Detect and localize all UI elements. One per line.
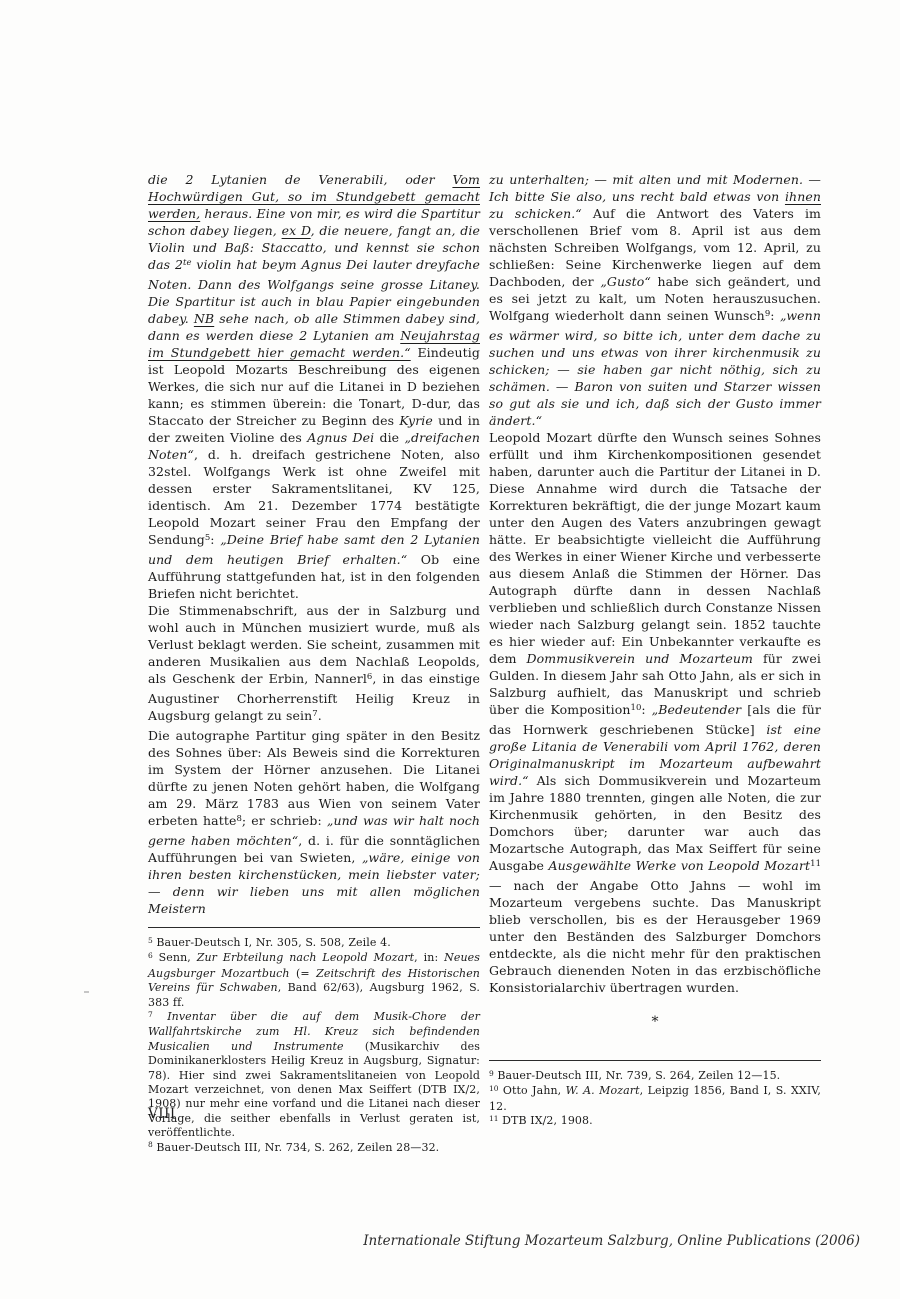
- footnotes-block: 9 Bauer-Deutsch III, Nr. 739, S. 264, Ze…: [489, 1069, 821, 1130]
- left-text-column: die 2 Lytanien de Venerabili, oder Vom H…: [148, 171, 480, 1156]
- body-paragraph: Die Stimmenabschrift, aus der in Salzbur…: [148, 602, 480, 727]
- footnote-item: 10 Otto Jahn, W. A. Mozart, Leipzig 1856…: [489, 1084, 821, 1114]
- body-paragraph: Die autographe Partitur ging später in d…: [148, 727, 480, 917]
- scanned-document-page: die 2 Lytanien de Venerabili, oder Vom H…: [0, 0, 900, 1299]
- footnote-item: 9 Bauer-Deutsch III, Nr. 739, S. 264, Ze…: [489, 1069, 821, 1084]
- footnote-item: 7 Inventar über die auf dem Musik-Chore …: [148, 1010, 480, 1141]
- footnote-item: 8 Bauer-Deutsch III, Nr. 734, S. 262, Ze…: [148, 1141, 480, 1156]
- footnote-item: 5 Bauer-Deutsch I, Nr. 305, S. 508, Zeil…: [148, 936, 480, 951]
- publication-footer: Internationale Stiftung Mozarteum Salzbu…: [363, 1233, 860, 1249]
- footnote-item: 11 DTB IX/2, 1908.: [489, 1114, 821, 1129]
- body-paragraph: Leopold Mozart dürfte den Wunsch seines …: [489, 429, 821, 996]
- footnote-separator-rule: [148, 927, 480, 928]
- page-number: VIII: [148, 1106, 176, 1122]
- body-paragraph: zu unterhalten; — mit alten und mit Mode…: [489, 171, 821, 429]
- footnote-separator-rule: [489, 1060, 821, 1061]
- right-text-column: zu unterhalten; — mit alten und mit Mode…: [489, 171, 821, 1130]
- body-paragraph: die 2 Lytanien de Venerabili, oder Vom H…: [148, 171, 480, 602]
- footnote-item: 6 Senn, Zur Erbteilung nach Leopold Moza…: [148, 951, 480, 1010]
- section-asterisk-separator: *: [489, 1014, 821, 1030]
- footnotes-block: 5 Bauer-Deutsch I, Nr. 305, S. 508, Zeil…: [148, 936, 480, 1156]
- scan-artifact-mark: [84, 991, 89, 993]
